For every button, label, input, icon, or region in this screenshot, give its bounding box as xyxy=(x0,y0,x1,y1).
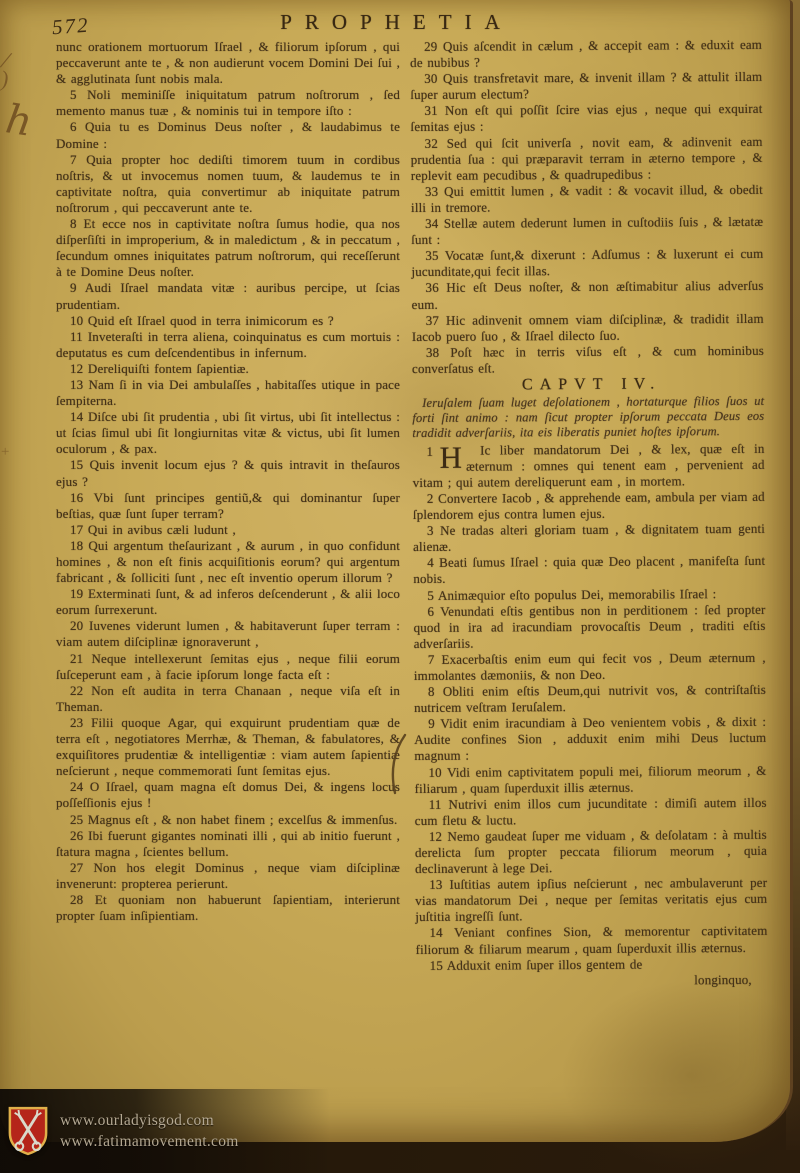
verse-paragraph: 14 Diſce ubi ſit prudentia , ubi ſit vir… xyxy=(56,409,400,457)
verse-paragraph: 13 Iuſtitias autem ipſius neſcierunt , n… xyxy=(415,875,767,925)
verse-paragraph: 9 Audi Iſrael mandata vitæ : auribus per… xyxy=(56,280,400,312)
scanned-page: 572 PROPHETIA nunc orationem mortuorum I… xyxy=(0,0,793,1142)
marginal-pen-mark: / xyxy=(0,48,11,76)
verse-paragraph: 29 Quis aſcendit in cælum , & accepit ea… xyxy=(410,37,762,71)
verse-paragraph: 6 Quia tu es Dominus Deus noſter , & lau… xyxy=(56,119,400,151)
verse-paragraph: 35 Vocatæ ſunt,& dixerunt : Adſumus : & … xyxy=(411,246,763,280)
verse-paragraph: 24 O Iſrael, quam magna eſt domus Dei, &… xyxy=(56,779,400,811)
watermark: www.ourladyisgod.com www.fatimamovement.… xyxy=(0,1089,340,1173)
verse-paragraph: 13 Nam ſi in via Dei ambulaſſes , habita… xyxy=(56,377,400,409)
verse-paragraph: 5 Animæquior eſto populus Dei, memorabil… xyxy=(413,585,765,603)
verse-paragraph: 10 Vidi enim captivitatem populi mei, fi… xyxy=(414,762,766,796)
verse-paragraph: 4 Beati ſumus Iſrael : quia quæ Deo plac… xyxy=(413,553,765,587)
verse-paragraph: 8 Obliti enim eſtis Deum,qui nutrivit vo… xyxy=(414,682,766,716)
catchword: longinquo, xyxy=(416,972,768,990)
verse-paragraph: 7 Quia propter hoc dediſti timorem tuum … xyxy=(56,152,400,216)
verse-paragraph: 25 Magnus eſt , & non habet finem ; exce… xyxy=(56,812,400,828)
verse-paragraph: 15 Quis invenit locum ejus ? & quis intr… xyxy=(56,457,400,489)
verse-paragraph: 26 Ibi fuerunt gigantes nominati illi , … xyxy=(56,828,400,860)
verse-paragraph: nunc orationem mortuorum Iſrael , & fili… xyxy=(56,39,400,87)
verse-paragraph: 27 Non hos elegit Dominus , neque viam d… xyxy=(56,860,400,892)
verse-paragraph: 12 Nemo gaudeat ſuper me viduam , & deſo… xyxy=(415,827,767,877)
verse-paragraph: 5 Noli meminiſſe iniquitatum patrum noſt… xyxy=(56,87,400,119)
verse-paragraph: 10 Quid eſt Iſrael quod in terra inimico… xyxy=(56,313,400,329)
verse-paragraph: 32 Sed qui ſcit univerſa , novit eam, & … xyxy=(411,133,763,183)
verse-paragraph: 19 Exterminati ſunt, & ad inferos deſcen… xyxy=(56,586,400,618)
verse-paragraph: 1HIc liber mandatorum Dei , & lex, quæ e… xyxy=(412,441,764,491)
verse-paragraph: 22 Non eſt audita in terra Chanaan , neq… xyxy=(56,683,400,715)
verse-paragraph: 34 Stellæ autem dederunt lumen in cuſtod… xyxy=(411,214,763,248)
verse-paragraph: 28 Et quoniam non habuerunt ſapientiam, … xyxy=(56,892,400,924)
verse-paragraph: 17 Qui in avibus cæli ludunt , xyxy=(56,522,400,538)
verse-paragraph: 21 Neque intellexerunt ſemitas ejus , ne… xyxy=(56,651,400,683)
paper-stain xyxy=(560,980,800,1170)
watermark-url-2: www.fatimamovement.com xyxy=(60,1133,239,1151)
verse-paragraph: 2 Convertere Iacob , & apprehende eam, a… xyxy=(413,489,765,523)
verse-number: 1 xyxy=(412,444,433,460)
verse-paragraph: 20 Iuvenes viderunt lumen , & habitaveru… xyxy=(56,618,400,650)
verse-paragraph: 3 Ne tradas alteri gloriam tuam , & dign… xyxy=(413,521,765,555)
verse-paragraph: 33 Qui emittit lumen , & vadit : & vocav… xyxy=(411,182,763,216)
verse-paragraph: 9 Vidit enim iracundiam à Deo venientem … xyxy=(414,714,766,764)
verse-paragraph: 14 Veniant confines Sion, & memorentur c… xyxy=(415,923,767,957)
marginal-h-mark: h xyxy=(3,96,36,145)
chapter-heading: CAPVT IV. xyxy=(412,376,764,394)
verse-paragraph: 8 Et ecce nos in captivitate noſtra ſumu… xyxy=(56,216,400,280)
verse-paragraph: 6 Venundati eſtis gentibus non in perdit… xyxy=(413,601,765,651)
verse-paragraph: 31 Non eſt qui poſſit ſcire vias ejus , … xyxy=(410,101,762,135)
verse-paragraph: 7 Exacerbaſtis enim eum qui fecit vos , … xyxy=(414,650,766,684)
verse-paragraph: 36 Hic eſt Deus noſter, & non æſtimabitu… xyxy=(411,278,763,312)
verse-paragraph: 16 Vbi ſunt principes gentiũ,& qui domin… xyxy=(56,490,400,522)
verse-paragraph: 30 Quis transfretavit mare, & invenit il… xyxy=(410,69,762,103)
watermark-urls: www.ourladyisgod.com www.fatimamovement.… xyxy=(60,1112,239,1151)
verse-paragraph: 37 Hic adinvenit omnem viam diſciplinæ, … xyxy=(412,310,764,344)
marginal-pen-mark: ) xyxy=(1,66,8,92)
marginal-cross-mark: + xyxy=(0,444,10,461)
verse-paragraph: 12 Dereliquiſti fontem ſapientiæ. xyxy=(56,361,400,377)
chapter-argument: Ieruſalem ſuam luget deſolationem , hort… xyxy=(412,394,764,442)
verse-paragraph: 38 Poſt hæc in terris viſus eſt , & cum … xyxy=(412,343,764,377)
text-column-left: nunc orationem mortuorum Iſrael , & fili… xyxy=(56,39,400,924)
running-title: PROPHETIA xyxy=(0,10,780,35)
text-column-right: 29 Quis aſcendit in cælum , & accepit ea… xyxy=(410,37,768,990)
crossed-keys-shield-icon xyxy=(7,1105,49,1157)
verse-paragraph: 11 Inveteraſti in terra aliena, coinquin… xyxy=(56,329,400,361)
verse-paragraph: 11 Nutrivi enim illos cum jucunditate : … xyxy=(415,795,767,829)
verse-paragraph: 23 Filii quoque Agar, qui exquirunt prud… xyxy=(56,715,400,779)
watermark-url-1: www.ourladyisgod.com xyxy=(60,1112,239,1130)
verse-paragraph: 18 Qui argentum theſaurizant , & aurum ,… xyxy=(56,538,400,586)
